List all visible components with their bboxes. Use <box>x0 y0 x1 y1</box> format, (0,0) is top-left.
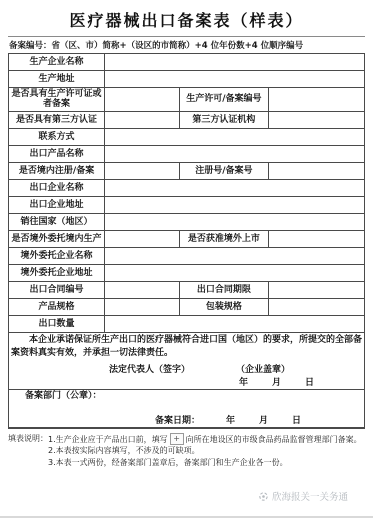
watermark-text: 欣海报关一关务通 <box>272 489 348 503</box>
export-product-name-label: 出口产品名称 <box>9 145 105 162</box>
overseas-client-name-label: 境外委托企业名称 <box>9 247 105 264</box>
product-spec-label: 产品规格 <box>9 298 105 315</box>
registration-no-value <box>268 162 364 179</box>
packaging-spec-label: 包装规格 <box>179 298 268 315</box>
table-row: 销往国家（地区） <box>9 213 365 230</box>
export-company-address-label: 出口企业地址 <box>9 196 105 213</box>
approved-overseas-marketing-value <box>268 230 364 247</box>
table-row: 是否具有生产许可证或者备案 生产许可/备案编号 <box>9 88 365 112</box>
overseas-commissioned-production-value <box>105 230 180 247</box>
notes-heading: 填表说明： <box>8 433 48 468</box>
watermark: 欣海报关一关务通 <box>258 489 348 503</box>
registration-no-label: 注册号/备案号 <box>179 162 268 179</box>
declaration-row: 本企业承诺保证所生产出口的医疗器械符合进口国（地区）的要求，所提交的全部备案资料… <box>9 332 365 390</box>
table-row: 出口企业地址 <box>9 196 365 213</box>
watermark-logo-icon <box>258 491 269 502</box>
export-contract-no-value <box>105 281 180 298</box>
export-company-name-value <box>105 179 365 196</box>
third-party-cert-body-value <box>268 111 364 128</box>
filing-date-row: 备案日期： 年 月 日 <box>11 416 362 426</box>
notes-items: 1.生产企业应于产品出口前，填写+向所在地设区的市级食品药品监督管理部门备案。 … <box>48 433 365 468</box>
destination-country-value <box>105 213 365 230</box>
notes-item-1-prefix: 1.生产企业应于产品出口前，填写 <box>48 435 168 444</box>
page-title: 医疗器械出口备案表（样表） <box>0 0 373 31</box>
filing-form-table: 生产企业名称 生产地址 是否具有生产许可证或者备案 生产许可/备案编号 是否具有… <box>8 53 365 429</box>
table-row: 境外委托企业名称 <box>9 247 365 264</box>
signature-row: 法定代表人（签字） （企业盖章） <box>11 365 362 375</box>
export-quantity-value <box>105 315 365 332</box>
notes-item-2: 2.本表按实际内容填写，不涉及的可缺项。 <box>48 445 365 457</box>
overseas-commissioned-production-label: 是否境外委托境内生产 <box>9 230 105 247</box>
table-row: 境外委托企业地址 <box>9 264 365 281</box>
declaration-cell: 本企业承诺保证所生产出口的医疗器械符合进口国（地区）的要求，所提交的全部备案资料… <box>9 332 365 390</box>
export-contract-no-label: 出口合同编号 <box>9 281 105 298</box>
manufacturing-address-label: 生产地址 <box>9 71 105 88</box>
domestic-registration-value <box>105 162 180 179</box>
notes-item-3: 3.本表一式两份，经备案部门盖章后，备案部门和生产企业各一份。 <box>48 457 365 469</box>
document-page: 医疗器械出口备案表（样表） 备案编号：省（区、市）简称+（设区的市简称）+4 位… <box>0 0 373 520</box>
export-product-name-value <box>105 145 365 162</box>
table-row: 是否具有第三方认证 第三方认证机构 <box>9 111 365 128</box>
manufacturing-address-value <box>105 71 365 88</box>
contact-info-label: 联系方式 <box>9 128 105 145</box>
manufacturer-name-value <box>105 54 365 71</box>
product-spec-value <box>105 298 180 315</box>
declaration-paragraph: 本企业承诺保证所生产出口的医疗器械符合进口国（地区）的要求，所提交的全部备案资料… <box>11 334 362 361</box>
has-third-party-cert-label: 是否具有第三方认证 <box>9 111 105 128</box>
notes-item-1: 1.生产企业应于产品出口前，填写+向所在地设区的市级食品药品监督管理部门备案。 <box>48 435 362 444</box>
approved-overseas-marketing-label: 是否获准境外上市 <box>179 230 268 247</box>
export-company-name-label: 出口企业名称 <box>9 179 105 196</box>
overseas-client-address-label: 境外委托企业地址 <box>9 264 105 281</box>
export-quantity-label: 出口数量 <box>9 315 105 332</box>
table-row: 出口数量 <box>9 315 365 332</box>
third-party-cert-body-label: 第三方认证机构 <box>179 111 268 128</box>
packaging-spec-value <box>268 298 364 315</box>
table-row: 出口合同编号 出口合同期限 <box>9 281 365 298</box>
export-contract-term-value <box>268 281 364 298</box>
signature-date-line: 年 月 日 <box>239 378 362 388</box>
overseas-client-name-value <box>105 247 365 264</box>
export-contract-term-label: 出口合同期限 <box>179 281 268 298</box>
filing-section-row: 备案部门（公章）： 备案日期： 年 月 日 <box>9 390 365 428</box>
table-row: 生产企业名称 <box>9 54 365 71</box>
export-company-address-value <box>105 196 365 213</box>
table-row: 是否境外委托境内生产 是否获准境外上市 <box>9 230 365 247</box>
table-row: 出口产品名称 <box>9 145 365 162</box>
filing-date-line: 年 月 日 <box>226 416 303 426</box>
form-notes: 填表说明： 1.生产企业应于产品出口前，填写+向所在地设区的市级食品药品监督管理… <box>8 433 365 468</box>
bottom-divider <box>0 516 373 518</box>
notes-item-1-suffix: 向所在地设区的市级食品药品监督管理部门备案。 <box>186 435 362 444</box>
filing-date-label: 备案日期： <box>155 416 200 426</box>
filing-section-cell: 备案部门（公章）： 备案日期： 年 月 日 <box>9 390 365 428</box>
legal-rep-signature-label: 法定代表人（签字） <box>109 365 190 375</box>
production-license-no-label: 生产许可/备案编号 <box>179 88 268 112</box>
company-seal-label: （企业盖章） <box>236 365 290 375</box>
table-row: 是否境内注册/备案 注册号/备案号 <box>9 162 365 179</box>
production-license-no-value <box>268 88 364 112</box>
table-row: 产品规格 包装规格 <box>9 298 365 315</box>
table-row: 生产地址 <box>9 71 365 88</box>
filing-number-spec: 备案编号：省（区、市）简称+（设区的市简称）+4 位年份数+4 位顺序编号 <box>8 36 365 53</box>
destination-country-label: 销往国家（地区） <box>9 213 105 230</box>
domestic-registration-label: 是否境内注册/备案 <box>9 162 105 179</box>
table-row: 联系方式 <box>9 128 365 145</box>
has-production-license-label: 是否具有生产许可证或者备案 <box>9 88 105 112</box>
filing-dept-label: 备案部门（公章）： <box>11 391 362 401</box>
has-production-license-value <box>105 88 180 112</box>
table-row: 出口企业名称 <box>9 179 365 196</box>
contact-info-value <box>105 128 365 145</box>
plus-placeholder-box: + <box>170 433 184 445</box>
overseas-client-address-value <box>105 264 365 281</box>
manufacturer-name-label: 生产企业名称 <box>9 54 105 71</box>
has-third-party-cert-value <box>105 111 180 128</box>
